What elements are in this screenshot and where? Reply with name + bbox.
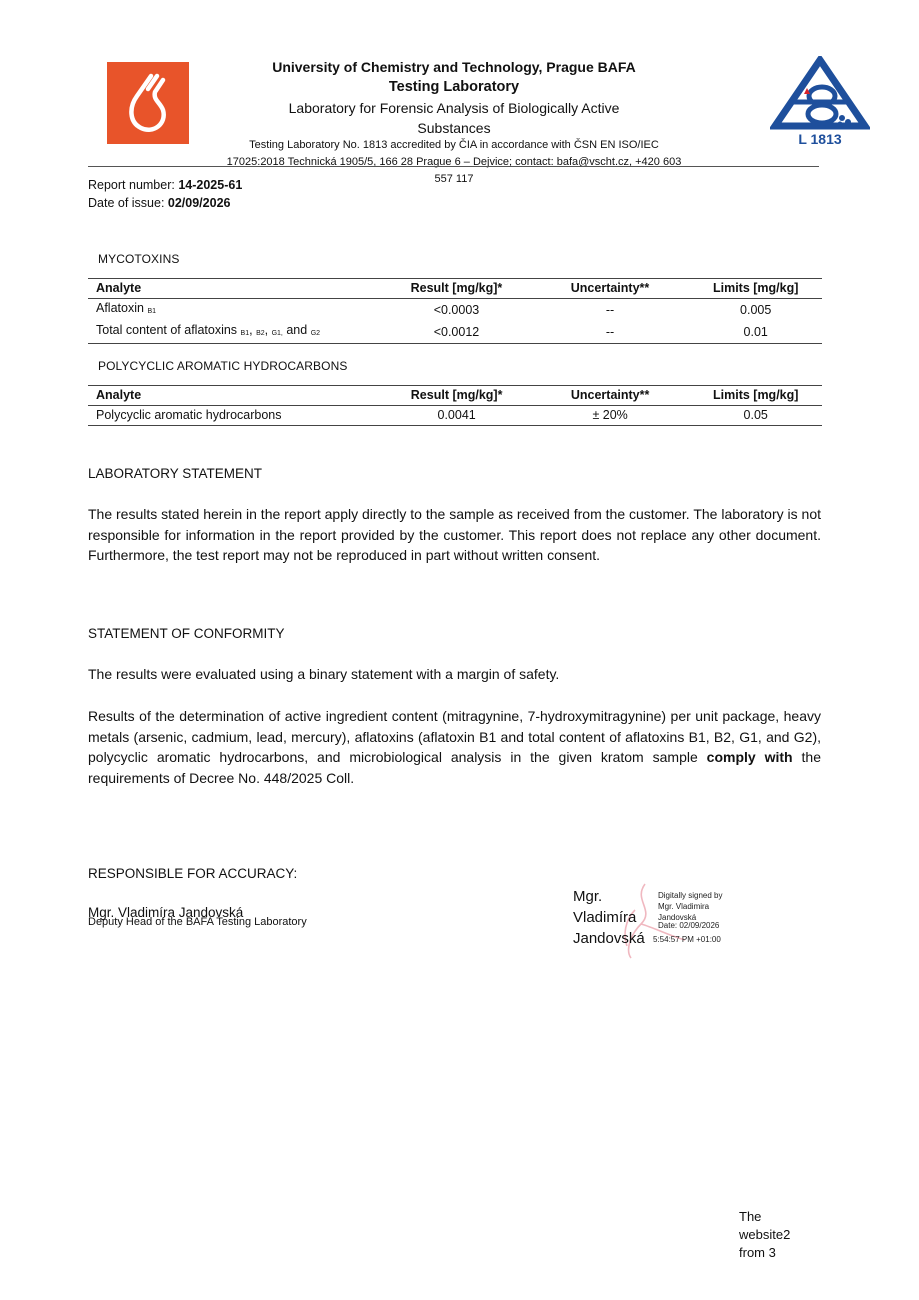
analyte-cell: Polycyclic aromatic hydrocarbons <box>88 406 382 426</box>
table-row: Aflatoxin B1 <0.0003 -- 0.005 <box>88 299 822 322</box>
page-footer: The website2 from 3 <box>739 1208 790 1262</box>
analyte-subscript: B1 <box>147 308 156 315</box>
signature-name-line: Jandovská <box>573 928 645 949</box>
signature-time: 5:54:57 PM +01:00 <box>653 935 721 944</box>
conjunction: and <box>283 323 311 337</box>
laboratory-subtitle: Laboratory for Forensic Analysis of Biol… <box>180 100 728 116</box>
result-cell: <0.0003 <box>382 299 530 322</box>
column-header: Limits [mg/kg] <box>689 279 822 299</box>
analyte-subscript: B2 <box>256 330 265 337</box>
conformity-heading: STATEMENT OF CONFORMITY <box>88 626 285 641</box>
analyte-cell: Aflatoxin B1 <box>88 299 382 322</box>
footer-line: from 3 <box>739 1244 790 1262</box>
institution-name: University of Chemistry and Technology, … <box>180 59 728 75</box>
analyte-name: Aflatoxin <box>96 301 144 315</box>
table-row: Polycyclic aromatic hydrocarbons 0.0041 … <box>88 406 822 426</box>
uncertainty-cell: -- <box>531 299 690 322</box>
report-number: Report number: 14-2025-61 <box>88 178 242 192</box>
column-header: Result [mg/kg]* <box>382 386 530 406</box>
column-header: Uncertainty** <box>531 386 690 406</box>
mycotoxins-title: MYCOTOXINS <box>98 252 179 266</box>
analyte-subscript: B1 <box>241 330 250 337</box>
laboratory-statement-heading: LABORATORY STATEMENT <box>88 466 262 481</box>
laboratory-statement-text: The results stated herein in the report … <box>88 504 821 566</box>
footer-line: The <box>739 1208 790 1226</box>
column-header: Analyte <box>88 386 382 406</box>
table-header-row: Analyte Result [mg/kg]* Uncertainty** Li… <box>88 279 822 299</box>
conformity-verdict: comply with <box>707 749 793 765</box>
date-of-issue: Date of issue: 02/09/2026 <box>88 196 230 210</box>
uncertainty-cell: ± 20% <box>531 406 690 426</box>
report-number-value: 14-2025-61 <box>178 178 242 192</box>
separator: , <box>265 323 272 337</box>
column-header: Uncertainty** <box>531 279 690 299</box>
table-header-row: Analyte Result [mg/kg]* Uncertainty** Li… <box>88 386 822 406</box>
uncertainty-cell: -- <box>531 321 690 344</box>
header-divider <box>88 166 819 167</box>
drop-icon <box>107 62 189 144</box>
pah-title: POLYCYCLIC AROMATIC HYDROCARBONS <box>98 359 347 373</box>
report-number-label: Report number: <box>88 178 178 192</box>
analyte-name: Total content of aflatoxins <box>96 323 237 337</box>
responsible-heading: RESPONSIBLE FOR ACCURACY: <box>88 866 297 881</box>
mycotoxins-table: Analyte Result [mg/kg]* Uncertainty** Li… <box>88 278 822 344</box>
analyte-subscript: G2 <box>311 330 320 337</box>
accreditation-text: Testing Laboratory No. 1813 accredited b… <box>180 139 728 151</box>
limit-cell: 0.05 <box>689 406 822 426</box>
conformity-result-text: Results of the determination of active i… <box>88 706 821 788</box>
date-label: Date of issue: <box>88 196 168 210</box>
limit-cell: 0.01 <box>689 321 822 344</box>
column-header: Analyte <box>88 279 382 299</box>
phone-continuation: 557 117 <box>180 173 728 185</box>
date-value: 02/09/2026 <box>168 196 231 210</box>
table-row: Total content of aflatoxins B1, B2, G1, … <box>88 321 822 344</box>
signature-name: Mgr. Vladimíra Jandovská <box>573 886 645 949</box>
signature-name-line: Mgr. <box>573 886 645 907</box>
analyte-subscript: G1, <box>272 330 283 337</box>
signature-info-line: Jandovská <box>658 912 722 920</box>
column-header: Limits [mg/kg] <box>689 386 822 406</box>
footer-line: website2 <box>739 1226 790 1244</box>
analyte-cell: Total content of aflatoxins B1, B2, G1, … <box>88 321 382 344</box>
conformity-method-text: The results were evaluated using a binar… <box>88 664 821 685</box>
university-logo <box>107 62 189 144</box>
pah-table: Analyte Result [mg/kg]* Uncertainty** Li… <box>88 385 822 426</box>
responsible-role: Deputy Head of the BAFA Testing Laborato… <box>88 916 307 928</box>
triangle-logo-icon: L 1813 <box>770 56 870 148</box>
svg-text:L 1813: L 1813 <box>798 131 842 147</box>
bafa-logo: L 1813 <box>770 56 870 148</box>
signature-date: Date: 02/09/2026 <box>658 920 722 931</box>
signature-info-line: Mgr. Vladimira <box>658 901 722 912</box>
result-cell: 0.0041 <box>382 406 530 426</box>
digital-signature-info: Digitally signed by Mgr. Vladimira Jando… <box>658 890 722 931</box>
laboratory-subtitle-cont: Substances <box>180 120 728 136</box>
limit-cell: 0.005 <box>689 299 822 322</box>
signature-name-line: Vladimíra <box>573 907 645 928</box>
laboratory-name: Testing Laboratory <box>180 79 728 95</box>
column-header: Result [mg/kg]* <box>382 279 530 299</box>
signature-info-line: Digitally signed by <box>658 890 722 901</box>
result-cell: <0.0012 <box>382 321 530 344</box>
